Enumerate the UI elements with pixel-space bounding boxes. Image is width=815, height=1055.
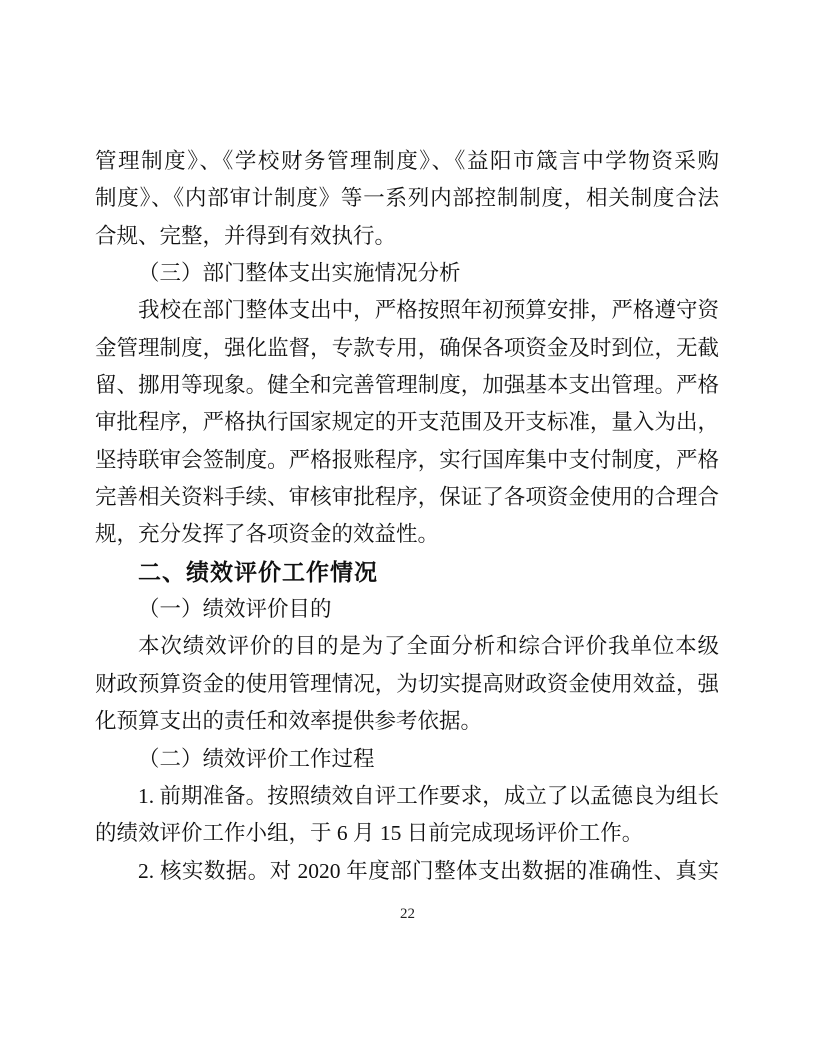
body-line: 化预算支出的责任和效率提供参考依据。 (95, 703, 719, 740)
body-line: 管理制度》、《学校财务管理制度》、《益阳市箴言中学物资采购 (95, 143, 719, 180)
body-line: 完善相关资料手续、审核审批程序，保证了各项资金使用的合理合 (95, 479, 719, 516)
subsection-heading-2: （二）绩效评价工作过程 (95, 741, 719, 778)
body-line: 合规、完整，并得到有效执行。 (95, 218, 719, 255)
body-line: 2. 核实数据。对 2020 年度部门整体支出数据的准确性、真实 (95, 853, 719, 890)
body-line: 规，充分发挥了各项资金的效益性。 (95, 516, 719, 553)
body-line: 留、挪用等现象。健全和完善管理制度，加强基本支出管理。严格 (95, 367, 719, 404)
body-line: 制度》、《内部审计制度》等一系列内部控制制度，相关制度合法 (95, 180, 719, 217)
body-line: 1. 前期准备。按照绩效自评工作要求，成立了以孟德良为组长 (95, 778, 719, 815)
body-line: 我校在部门整体支出中，严格按照年初预算安排，严格遵守资 (95, 292, 719, 329)
page-number: 22 (0, 906, 815, 923)
section-heading-2: 二、绩效评价工作情况 (95, 554, 719, 591)
document-page: 管理制度》、《学校财务管理制度》、《益阳市箴言中学物资采购 制度》、《内部审计制… (0, 0, 815, 1055)
subsection-heading-3: （三）部门整体支出实施情况分析 (95, 255, 719, 292)
body-line: 的绩效评价工作小组，于 6 月 15 日前完成现场评价工作。 (95, 815, 719, 852)
document-text-block: 管理制度》、《学校财务管理制度》、《益阳市箴言中学物资采购 制度》、《内部审计制… (95, 143, 719, 890)
body-line: 审批程序，严格执行国家规定的开支范围及开支标准，量入为出， (95, 404, 719, 441)
body-line: 金管理制度，强化监督，专款专用，确保各项资金及时到位，无截 (95, 330, 719, 367)
body-line: 本次绩效评价的目的是为了全面分析和综合评价我单位本级 (95, 628, 719, 665)
subsection-heading-1: （一）绩效评价目的 (95, 591, 719, 628)
body-line: 财政预算资金的使用管理情况，为切实提高财政资金使用效益，强 (95, 666, 719, 703)
body-line: 坚持联审会签制度。严格报账程序，实行国库集中支付制度，严格 (95, 442, 719, 479)
